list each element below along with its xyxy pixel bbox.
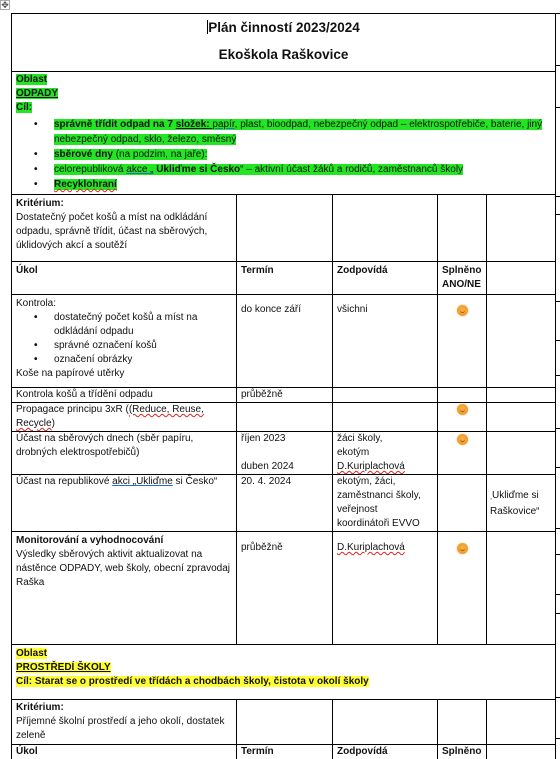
task-outro: Koše na papírové utěrky (16, 367, 232, 381)
responsible-cell[interactable]: žáci školy, ekotým D.Kuriplachová (333, 432, 438, 475)
responsible-cell[interactable] (333, 403, 438, 432)
criterion-label: Kritérium: (16, 197, 232, 211)
criterion-row: Kritérium: Dostatečný počet košů a míst … (12, 195, 556, 262)
header-task: Úkol (12, 745, 237, 759)
header-done: Splněno ANO/NE (438, 262, 487, 295)
criterion-cell[interactable]: Kritérium: Dostatečný počet košů a míst … (12, 195, 237, 262)
task-cell[interactable]: Kontrola: dostatečný počet košů a míst n… (12, 295, 237, 388)
goal-text: Cíl: Starat se o prostředí ve třídách a … (16, 676, 369, 687)
oblast-label: Oblast (16, 74, 47, 85)
criterion-text: Dostatečný počet košů a míst na odkládán… (16, 211, 232, 253)
table-row: Kontrola košů a třídění odpadu průběžně (12, 388, 556, 403)
goal-item: správně třídit odpad na 7 složek: papír,… (54, 117, 551, 147)
goal-item: celorepubliková akce „ Ukliďme si Česko“… (54, 162, 551, 177)
term-cell[interactable]: 20. 4. 2024 (237, 475, 333, 532)
oblast-label: Oblast (16, 648, 47, 659)
criterion-row: Kritérium: Příjemné školní prostředí a j… (12, 700, 556, 745)
document-title: Plán činností 2023/2024 (208, 20, 360, 35)
done-cell[interactable] (438, 475, 487, 532)
empty-cell[interactable] (487, 195, 556, 262)
goal-item: sběrové dny (na podzim, na jaře): (54, 147, 551, 162)
term-cell[interactable]: říjen 2023 duben 2024 (237, 432, 333, 475)
task-bullet: správné označení košů (54, 339, 232, 353)
note-cell[interactable] (487, 295, 556, 388)
term-cell[interactable] (237, 403, 333, 432)
criterion-label: Kritérium: (16, 701, 232, 715)
document-subtitle: Ekoškola Raškovice (16, 39, 551, 65)
smiley-icon (457, 305, 468, 316)
plan-table: Plán činností 2023/2024 Ekoškola Raškovi… (11, 13, 556, 759)
header-row: Úkol Termín Zodpovídá Splněno (12, 745, 556, 759)
done-cell[interactable] (438, 532, 487, 645)
done-cell[interactable] (438, 295, 487, 388)
header-responsible: Zodpovídá (333, 262, 438, 295)
empty-cell[interactable] (333, 700, 438, 745)
task-bullet: dostatečný počet košů a míst na odkládán… (54, 311, 232, 339)
responsible-cell[interactable]: D.Kuriplachová (333, 532, 438, 645)
table-row: Kontrola: dostatečný počet košů a míst n… (12, 295, 556, 388)
responsible-cell[interactable] (333, 388, 438, 403)
goal-item: Recyklohraní (54, 177, 551, 192)
task-cell[interactable]: Propagace principu 3xR ((Reduce, Reuse, … (12, 403, 237, 432)
empty-cell[interactable] (438, 700, 487, 745)
criterion-text: Příjemné školní prostředí a jeho okolí, … (16, 715, 232, 743)
done-cell[interactable] (438, 403, 487, 432)
header-term: Termín (237, 745, 333, 759)
row-resize-markers (556, 0, 560, 759)
term-cell[interactable]: průběžně (237, 388, 333, 403)
task-text: Výsledky sběrových aktivit aktualizovat … (16, 548, 232, 590)
smiley-icon (457, 404, 468, 415)
task-cell[interactable]: Účast na republikové akci „Ukliďme si Če… (12, 475, 237, 532)
header-note (487, 745, 556, 759)
table-row: Monitorování a vyhodnocování Výsledky sb… (12, 532, 556, 645)
note-cell[interactable]: „Ukliďme si Raškovice“ (487, 475, 556, 532)
header-note (487, 262, 556, 295)
table-row: Účast na sběrových dnech (sběr papíru, d… (12, 432, 556, 475)
header-row: Úkol Termín Zodpovídá Splněno ANO/NE (12, 262, 556, 295)
responsible-cell[interactable]: všichni (333, 295, 438, 388)
task-cell[interactable]: Účast na sběrových dnech (sběr papíru, d… (12, 432, 237, 475)
table-row: Propagace principu 3xR ((Reduce, Reuse, … (12, 403, 556, 432)
smiley-icon (457, 543, 468, 554)
area-name: PROSTŘEDÍ ŠKOLY (16, 662, 111, 673)
table-move-handle-icon[interactable]: ✥ (0, 0, 10, 10)
empty-cell[interactable] (333, 195, 438, 262)
area-cell-odpady[interactable]: Oblast ODPADY Cíl: správně třídit odpad … (12, 72, 556, 195)
empty-cell[interactable] (487, 700, 556, 745)
area-cell-prostredi[interactable]: Oblast PROSTŘEDÍ ŠKOLY Cíl: Starat se o … (12, 645, 556, 700)
task-cell[interactable]: Monitorování a vyhodnocování Výsledky sb… (12, 532, 237, 645)
done-cell[interactable] (438, 432, 487, 475)
task-cell[interactable]: Kontrola košů a třídění odpadu (12, 388, 237, 403)
done-cell[interactable] (438, 388, 487, 403)
header-task: Úkol (12, 262, 237, 295)
task-bullet: označení obrázky (54, 353, 232, 367)
header-done: Splněno (438, 745, 487, 759)
title-row: Plán činností 2023/2024 Ekoškola Raškovi… (12, 14, 556, 72)
smiley-icon (457, 434, 468, 445)
term-cell[interactable]: do konce září (237, 295, 333, 388)
table-row: Účast na republikové akci „Ukliďme si Če… (12, 475, 556, 532)
document-page: Plán činností 2023/2024 Ekoškola Raškovi… (11, 13, 555, 759)
empty-cell[interactable] (438, 195, 487, 262)
note-cell[interactable] (487, 388, 556, 403)
note-cell[interactable] (487, 432, 556, 475)
empty-cell[interactable] (237, 195, 333, 262)
goal-label: Cíl: (16, 102, 32, 113)
title-cell[interactable]: Plán činností 2023/2024 Ekoškola Raškovi… (12, 14, 556, 72)
section2-area-row: Oblast PROSTŘEDÍ ŠKOLY Cíl: Starat se o … (12, 645, 556, 700)
area-name: ODPADY (16, 88, 58, 99)
term-cell[interactable]: průběžně (237, 532, 333, 645)
task-intro: Kontrola: (16, 297, 232, 311)
section1-area-row: Oblast ODPADY Cíl: správně třídit odpad … (12, 72, 556, 195)
empty-cell[interactable] (237, 700, 333, 745)
criterion-cell[interactable]: Kritérium: Příjemné školní prostředí a j… (12, 700, 237, 745)
note-cell[interactable] (487, 403, 556, 432)
note-cell[interactable] (487, 532, 556, 645)
header-responsible: Zodpovídá (333, 745, 438, 759)
task-title: Monitorování a vyhodnocování (16, 534, 232, 548)
responsible-cell[interactable]: ekotým, žáci, zaměstnanci školy, veřejno… (333, 475, 438, 532)
header-term: Termín (237, 262, 333, 295)
